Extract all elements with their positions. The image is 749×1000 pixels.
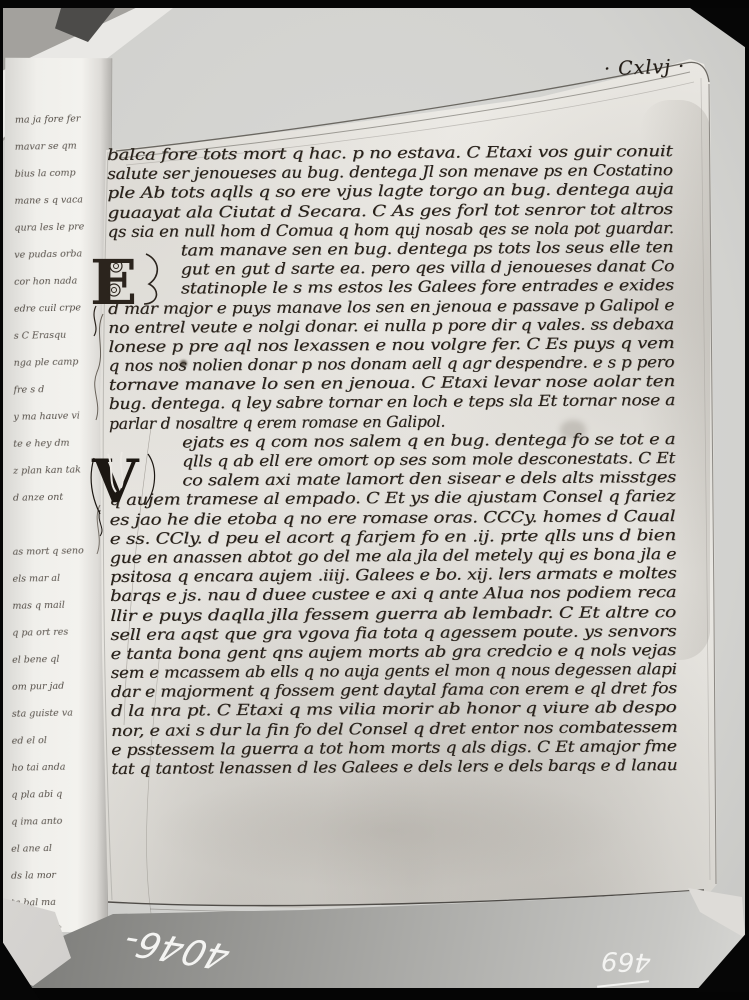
margin-fragment: bius la comp [14,159,93,188]
margin-fragment: ho tai anda [11,753,90,782]
margin-fragment: d anze ont [13,483,92,512]
manuscript-line: parlar d nosaltre q erem romase en Galip… [109,412,445,434]
photograph: ma ja fore fermavar se qmbius la compman… [0,0,749,1000]
svg-text:V: V [91,447,140,517]
manuscript-line: tat q tantost lenassen d les Galees e de… [111,756,677,779]
photo-frame-left [0,0,3,1000]
manuscript-line: bug. dentega. q ley sabre tornar en loch… [109,391,675,414]
margin-fragment: el ane al [11,834,90,863]
margin-fragment: ed el ol [11,726,90,755]
margin-fragment: edre cuil crpe [14,294,93,323]
margin-fragment: z plan kan tak [13,456,92,485]
margin-fragment: qura les le pre [14,213,93,242]
photo-frame-right [745,0,749,1000]
margin-fragment: mane s q vaca [14,186,93,215]
photo-frame-bottom [0,988,749,1000]
margin-fragment: ve pudas orba [14,240,93,269]
margin-fragment: q pa ort res [12,618,91,647]
margin-fragment: q pla abi q [11,780,90,809]
initial-V: V [86,438,170,538]
page-stain [150,770,630,890]
margin-fragment: cor hon nada [14,267,93,296]
folio-number: · Cxlvj · [604,54,725,80]
margin-fragment: ma ja fore fer [15,105,94,134]
margin-fragment: els mar al [12,564,91,593]
margin-fragment [13,510,92,539]
margin-fragment: mas q mail [12,591,91,620]
margin-fragment: fre s d [13,375,92,404]
margin-fragment: om pur jad [12,672,91,701]
margin-fragment: y ma hauve vi [13,402,92,431]
margin-fragment: el bene ql [12,645,91,674]
margin-fragment: s C Erasqu [14,321,93,350]
archive-number-right: 469 [595,944,656,977]
margin-fragment: ds la mor [11,861,90,890]
photo-frame-top [0,0,749,8]
margin-fragment: nga ple camp [13,348,92,377]
margin-fragment: as mort q seno [12,537,91,566]
text-block: balca fore tots mort q hac. p no estava.… [107,142,687,779]
initial-E: E [86,242,172,338]
margin-fragment: te e hey dm [13,429,92,458]
margin-fragment: sta guiste va [12,699,91,728]
margin-fragment: q ima anto [11,807,90,836]
margin-fragment: mavar se qm [15,132,94,161]
margin-fragment-column: ma ja fore fermavar se qmbius la compman… [11,106,93,943]
svg-text:E: E [90,246,137,319]
